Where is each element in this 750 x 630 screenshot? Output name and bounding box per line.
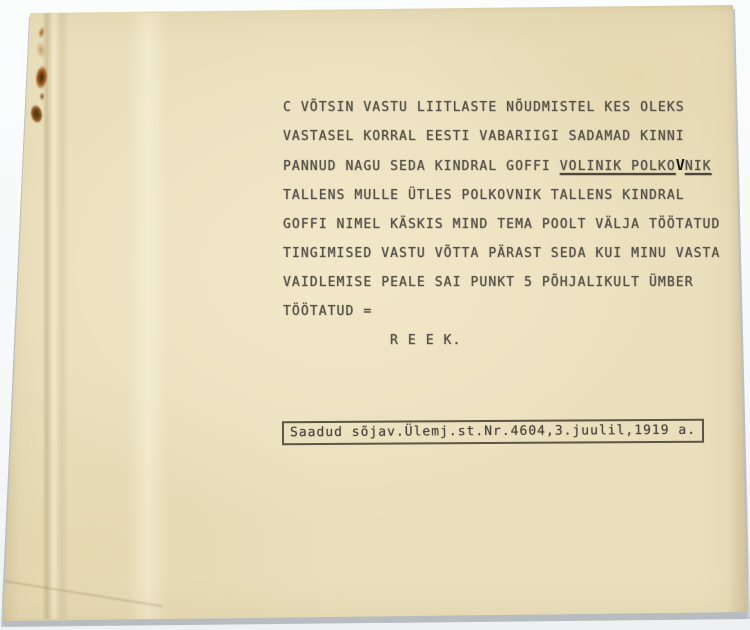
handwritten-ink-correction: V [676, 156, 685, 174]
typed-text-segment: TINGIMISED VASTU VÕTTA PÄRAST SEDA KUI M… [283, 246, 720, 261]
fold-crease-left [42, 13, 76, 619]
typed-text-segment: VASTASEL KORRAL EESTI VABARIIGI SADAMAD … [283, 129, 685, 144]
typed-text-segment: TALLENS MULLE ÜTLES POLKOVNIK TALLENS KI… [283, 188, 685, 203]
scan-light-band [128, 13, 168, 619]
typed-text-segment: TÖÖTATUD = [283, 304, 372, 319]
typed-text-segment: NIK [685, 159, 712, 174]
typed-line: R E E K. [390, 326, 733, 355]
typed-line: VASTASEL KORRAL EESTI VABARIIGI SADAMAD … [283, 122, 733, 151]
typed-text-segment: VOLINIK POLKO [560, 159, 676, 174]
rust-stain [39, 92, 45, 101]
typed-text-segment: VAIDLEMISE PEALE SAI PUNKT 5 PÕHJALIKULT… [283, 275, 694, 290]
document-paper: C VÕTSIN VASTU LIITLASTE NÕUDMISTEL KES … [0, 0, 750, 630]
typed-text-segment: R E E K. [390, 333, 461, 348]
typed-line: C VÕTSIN VASTU LIITLASTE NÕUDMISTEL KES … [283, 93, 733, 122]
typed-line: VAIDLEMISE PEALE SAI PUNKT 5 PÕHJALIKULT… [283, 268, 733, 297]
typed-line: GOFFI NIMEL KÄSKIS MIND TEMA POOLT VÄLJA… [283, 210, 733, 239]
scanned-document-background: C VÕTSIN VASTU LIITLASTE NÕUDMISTEL KES … [0, 0, 750, 630]
receipt-stamp: Saadud sõjav.Ülemj.st.Nr.4604,3.juulil,1… [282, 419, 704, 446]
typed-text-segment: GOFFI NIMEL KÄSKIS MIND TEMA POOLT VÄLJA… [283, 217, 720, 232]
typed-line: TINGIMISED VASTU VÕTTA PÄRAST SEDA KUI M… [283, 239, 733, 268]
typed-line: TÖÖTATUD = [283, 297, 733, 326]
typed-text-block: C VÕTSIN VASTU LIITLASTE NÕUDMISTEL KES … [283, 93, 733, 355]
typed-line: TALLENS MULLE ÜTLES POLKOVNIK TALLENS KI… [283, 181, 733, 210]
typed-line: PANNUD NAGU SEDA KINDRAL GOFFI VOLINIK P… [283, 151, 733, 181]
receipt-stamp-text: Saadud sõjav.Ülemj.st.Nr.4604,3.juulil,1… [290, 423, 696, 440]
typed-text-segment: PANNUD NAGU SEDA KINDRAL GOFFI [283, 159, 560, 174]
typed-text-segment: C VÕTSIN VASTU LIITLASTE NÕUDMISTEL KES … [283, 100, 685, 115]
